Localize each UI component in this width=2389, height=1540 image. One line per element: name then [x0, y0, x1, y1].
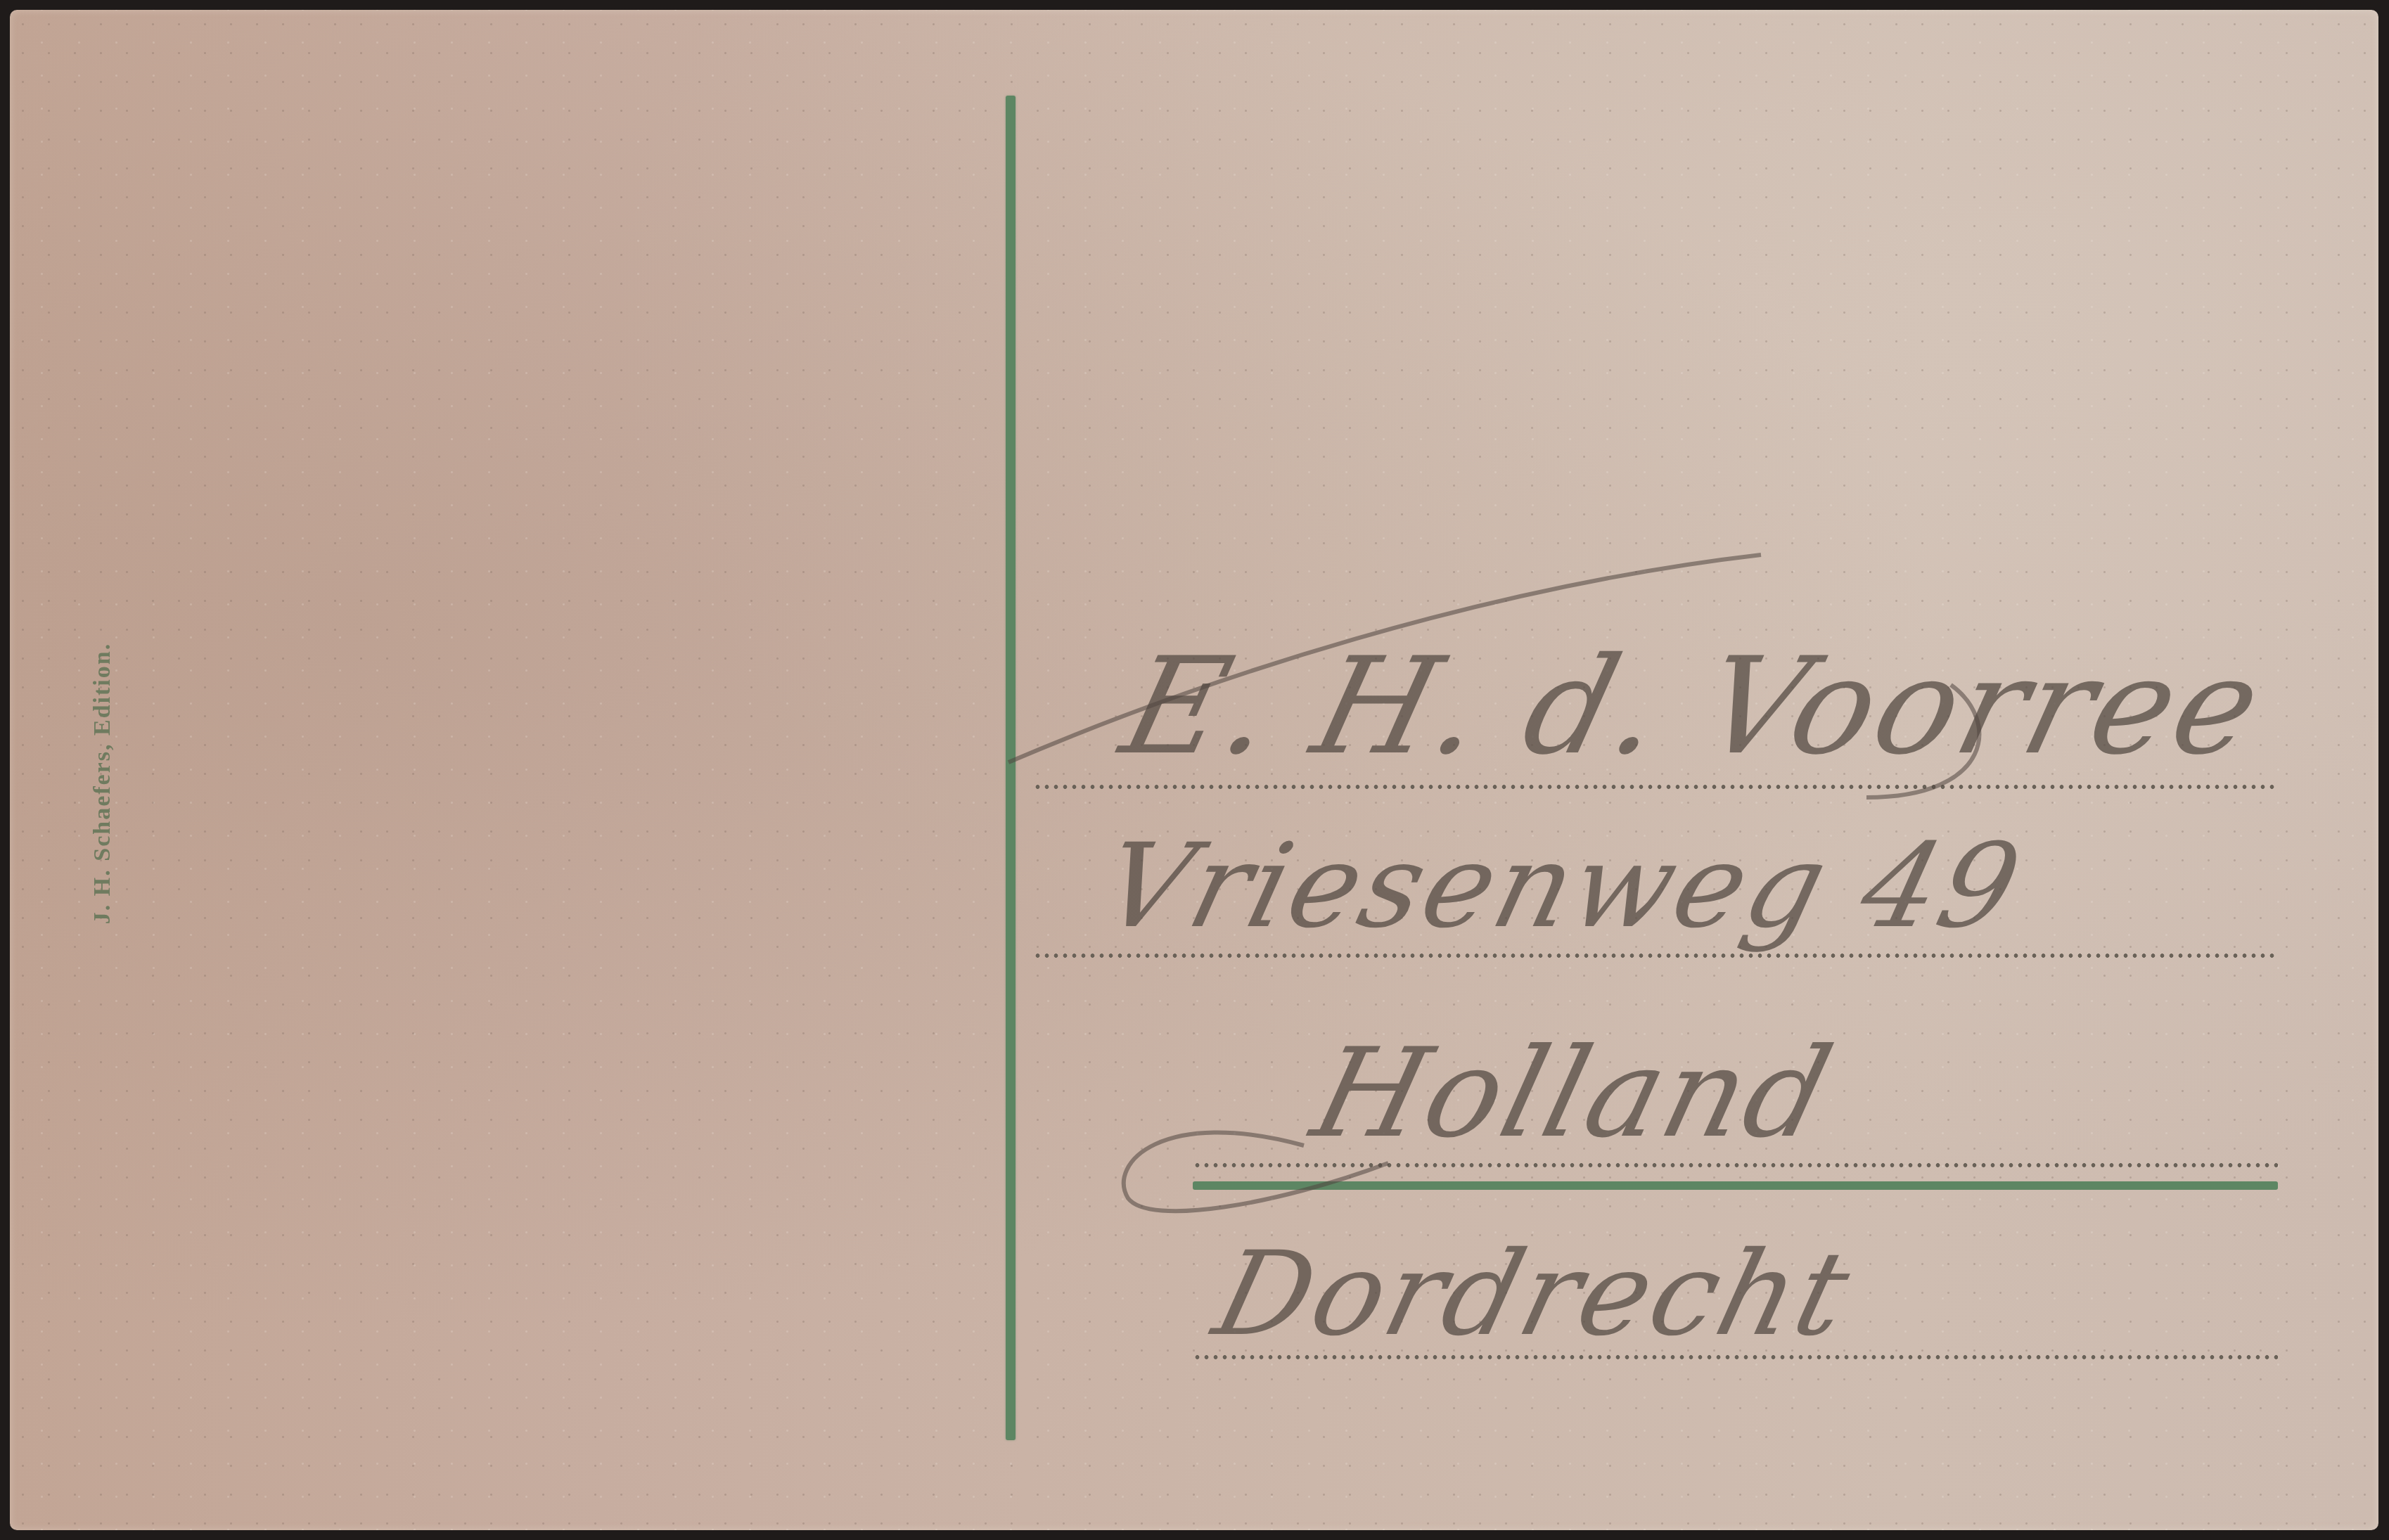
- address-country: Holland: [1300, 1022, 1847, 1165]
- address-street: Vriesenweg 49: [1090, 819, 2035, 954]
- address-recipient-name: E. H. d. Voorree: [1108, 629, 2278, 784]
- address-line-1-rule: [1033, 785, 2278, 789]
- address-green-rule: [1193, 1181, 2278, 1190]
- address-line-2-rule: [1033, 954, 2278, 958]
- address-city: Dordrecht: [1203, 1226, 1865, 1361]
- publisher-imprint: J. H. Schaefers, Edition.: [89, 643, 116, 924]
- postcard: J. H. Schaefers, Edition. E. H. d. Voorr…: [10, 10, 2378, 1530]
- center-divider-line: [1006, 96, 1016, 1440]
